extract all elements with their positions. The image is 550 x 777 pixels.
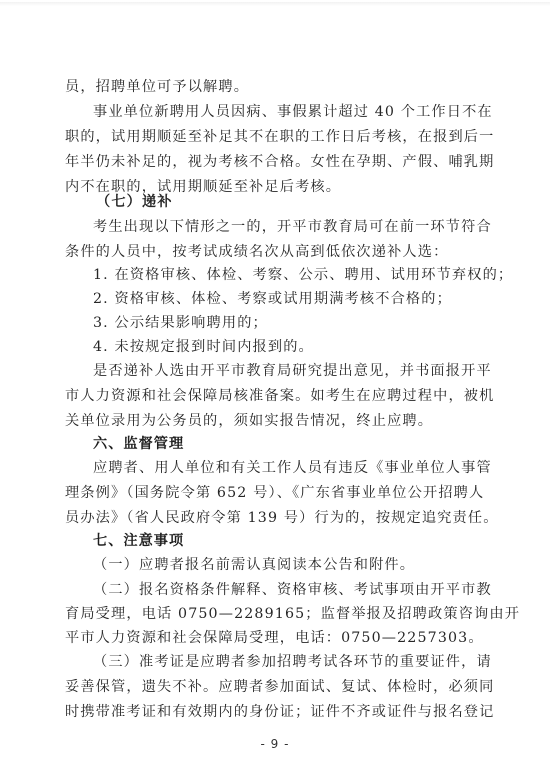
section-heading: 七、注意事项 [93, 531, 453, 551]
paragraph-line: 平市人力资源和社会保障局受理，电话：0750—2257303。 [65, 628, 453, 648]
paragraph-line: （二）报名资格条件解释、资格审核、考试事项由开平市教 [93, 580, 453, 600]
paragraph-line: 员办法》（省人民政府令第 139 号）行为的，按规定追究责任。 [65, 508, 453, 528]
section-heading: 六、监督管理 [93, 434, 453, 454]
paragraph-line: 育局受理，电话 0750—2289165；监督举报及招聘政策咨询由开 [65, 604, 453, 624]
paragraph-line: 是否递补人选由开平市教育局研究提出意见，并书面报开平 [93, 361, 453, 381]
paragraph-line: 条件的人员中，按考试成绩名次从高到低依次递补人选： [65, 242, 453, 262]
page-number: - 9 - [0, 737, 550, 751]
list-item: 3. 公示结果影响聘用的； [93, 313, 453, 333]
scan-artifact [0, 2, 550, 6]
paragraph-line: 考生出现以下情形之一的，开平市教育局可在前一环节符合 [93, 217, 453, 237]
paragraph-line: 关单位录用为公务员的，须如实报告情况，终止应聘。 [65, 411, 453, 431]
paragraph-line: 年半仍未补足的，视为考核不合格。女性在孕期、产假、哺乳期 [65, 152, 453, 172]
list-item: 4. 未按规定报到时间内报到的。 [93, 337, 453, 357]
list-item: 1. 在资格审核、体检、考察、公示、聘用、试用环节弃权的； [93, 265, 453, 285]
section-subheading: （七）递补 [96, 192, 456, 212]
list-item: 2. 资格审核、体检、考察或试用期满考核不合格的； [93, 289, 453, 309]
paragraph-line: 事业单位新聘用人员因病、事假累计超过 40 个工作日不在 [93, 102, 453, 122]
paragraph-line: 市人力资源和社会保障局核准备案。如考生在应聘过程中，被机 [65, 386, 453, 406]
paragraph-line: 理条例》（国务院令第 652 号）、《广东省事业单位公开招聘人 [65, 483, 453, 503]
paragraph-line: 应聘者、用人单位和有关工作人员有违反《事业单位人事管 [93, 458, 453, 478]
paragraph-line: 员，招聘单位可予以解聘。 [65, 77, 453, 97]
paragraph-line: （一）应聘者报名前需认真阅读本公告和附件。 [93, 555, 453, 575]
paragraph-line: （三）准考证是应聘者参加招聘考试各环节的重要证件，请 [93, 652, 453, 672]
paragraph-line: 职的，试用期顺延至补足其不在职的工作日后考核，在报到后一 [65, 127, 453, 147]
paragraph-line: 时携带准考证和有效期内的身份证；证件不齐或证件与报名登记 [65, 702, 453, 722]
paragraph-line: 妥善保管，遗失不补。应聘者参加面试、复试、体检时，必须同 [65, 677, 453, 697]
